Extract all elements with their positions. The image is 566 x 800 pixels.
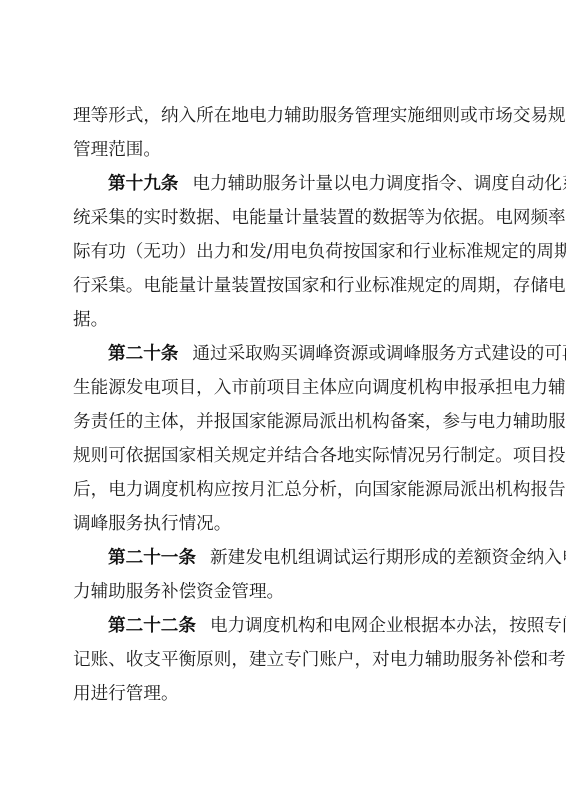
document-page: 理等形式，纳入所在地电力辅助服务管理实施细则或市场交易规则的 管理范围。 第十九… (0, 0, 566, 800)
article-title: 第二十二条 (108, 616, 196, 636)
text-line: 管理范围。 (73, 139, 497, 161)
text-line: 据。 (73, 309, 497, 331)
text-line: 后，电力调度机构应按月汇总分析，向国家能源局派出机构报告对应 (73, 479, 497, 501)
text-line: 统采集的实时数据、电能量计量装置的数据等为依据。电网频率、实 (73, 207, 497, 229)
article-22-first-line: 第二十二条电力调度机构和电网企业根据本办法，按照专门 (108, 615, 497, 637)
article-text: 通过采取购买调峰资源或调峰服务方式建设的可再 (192, 344, 566, 364)
text-line: 规则可依据国家相关规定并结合各地实际情况另行制定。项目投产 (73, 445, 497, 467)
text-line: 理等形式，纳入所在地电力辅助服务管理实施细则或市场交易规则的 (73, 105, 497, 127)
text-line: 力辅助服务补偿资金管理。 (73, 581, 497, 603)
text-line: 调峰服务执行情况。 (73, 513, 497, 535)
text-line: 务责任的主体，并报国家能源局派出机构备案，参与电力辅助服务的 (73, 411, 497, 433)
article-21-first-line: 第二十一条新建发电机组调试运行期形成的差额资金纳入电 (108, 547, 497, 569)
article-19-first-line: 第十九条电力辅助服务计量以电力调度指令、调度自动化系 (108, 173, 497, 195)
text-line: 记账、收支平衡原则，建立专门账户，对电力辅助服务补偿和考核费 (73, 649, 497, 671)
text-line: 际有功（无功）出力和发/用电负荷按国家和行业标准规定的周期进 (73, 241, 497, 263)
article-title: 第二十一条 (108, 548, 196, 568)
article-text: 电力调度机构和电网企业根据本办法，按照专门 (210, 616, 566, 636)
article-text: 电力辅助服务计量以电力调度指令、调度自动化系 (192, 174, 566, 194)
article-text: 新建发电机组调试运行期形成的差额资金纳入电 (210, 548, 566, 568)
text-line: 行采集。电能量计量装置按国家和行业标准规定的周期，存储电量数 (73, 275, 497, 297)
text-line: 用进行管理。 (73, 683, 497, 705)
article-title: 第二十条 (108, 344, 178, 364)
text-line: 生能源发电项目，入市前项目主体应向调度机构申报承担电力辅助服 (73, 377, 497, 399)
article-title: 第十九条 (108, 174, 178, 194)
article-20-first-line: 第二十条通过采取购买调峰资源或调峰服务方式建设的可再 (108, 343, 497, 365)
